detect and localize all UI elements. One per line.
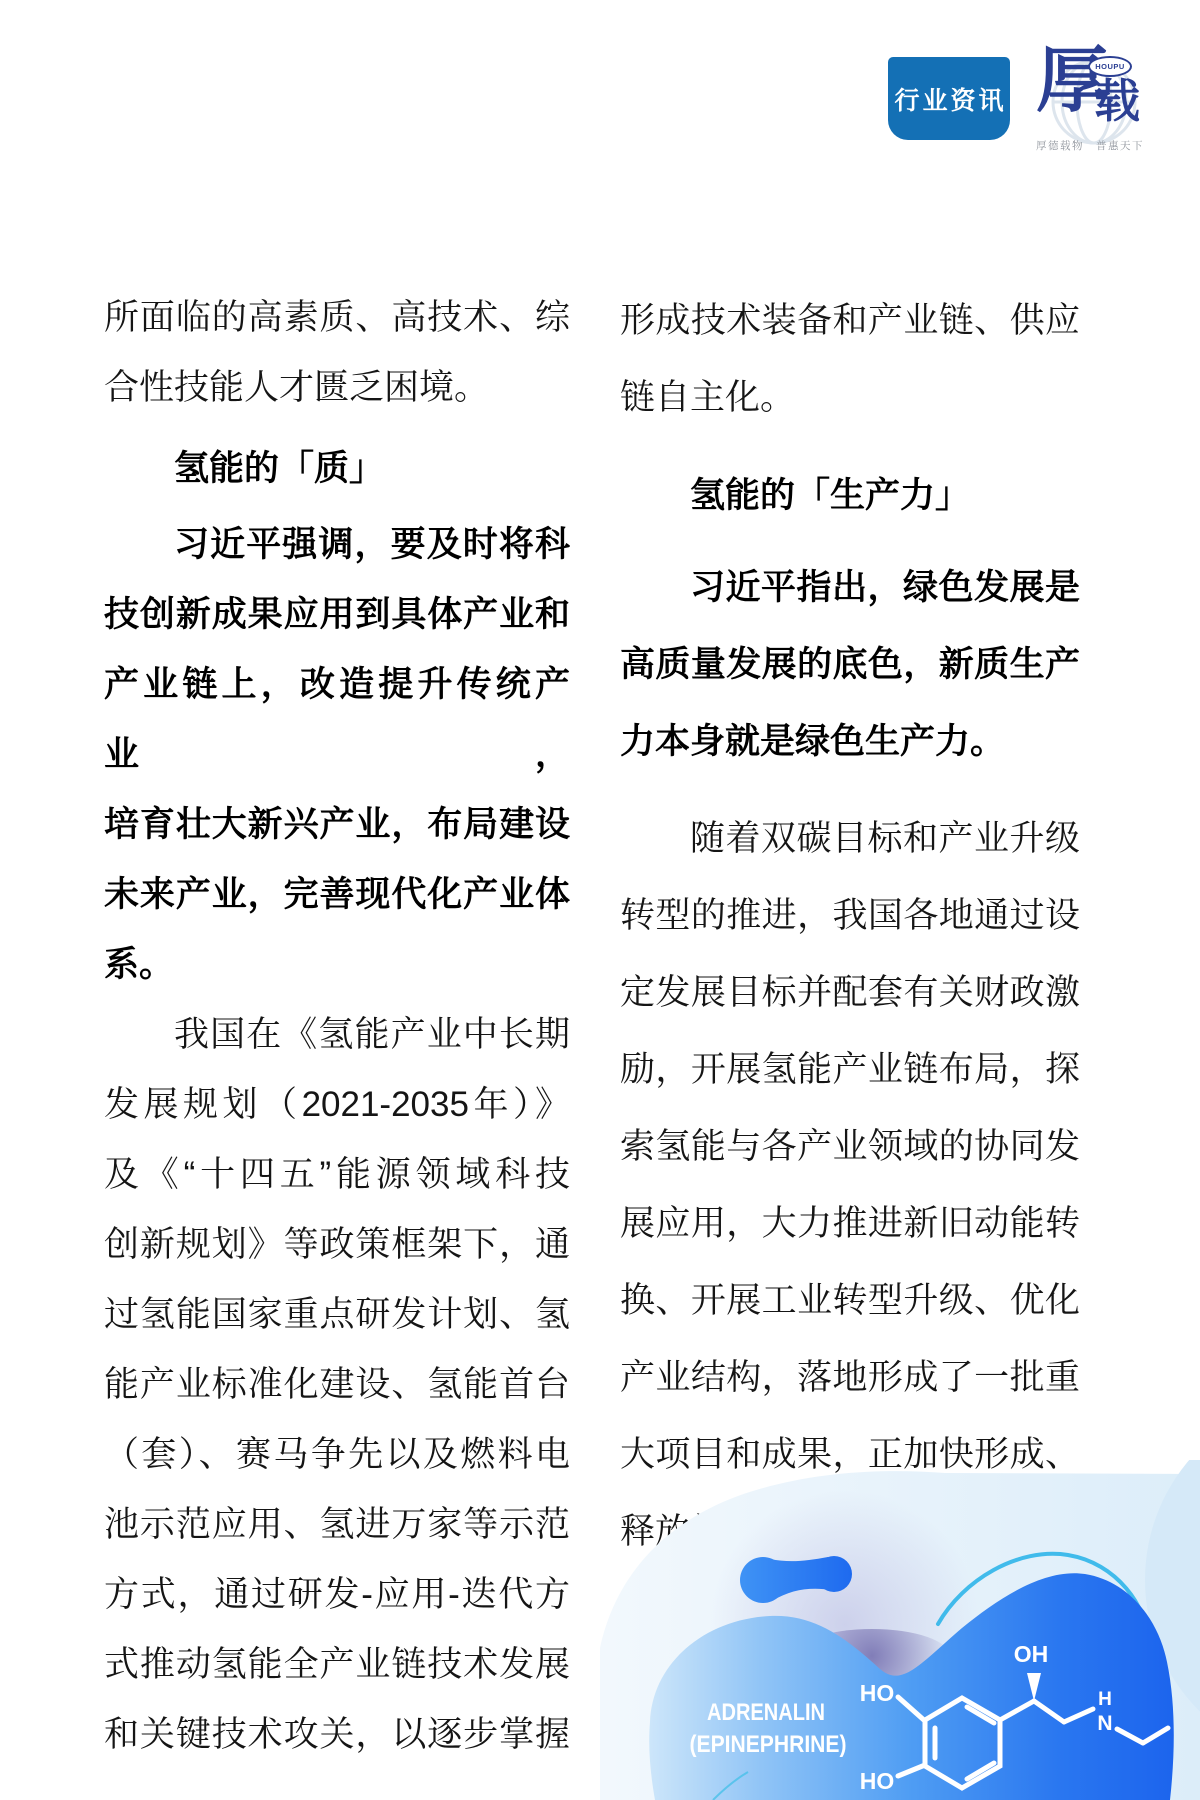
- text-line: 形成技术装备和产业链、供应: [620, 282, 1080, 359]
- text-line: 产业链上，改造提升传统产业，: [104, 650, 570, 790]
- article-page: 行业资讯 厚 载 HOUPU 厚德载物 普惠天下 所面临的高素质、高技术、综合性…: [0, 0, 1200, 1800]
- houpu-stamp: HOUPU: [1088, 56, 1132, 77]
- houpu-stamp-label: HOUPU: [1095, 62, 1125, 71]
- text-line: 过氢能国家重点研发计划、氢: [104, 1280, 570, 1350]
- text-line: 转型的推进，我国各地通过设: [620, 877, 1080, 954]
- text-line: 我国在《氢能产业中长期: [104, 1000, 570, 1070]
- h-label: H: [1098, 1689, 1112, 1710]
- text-line: 技创新成果应用到具体产业和: [104, 580, 570, 650]
- bottom-illustration: HO HO OH H N ADRENALIN (EPINEPHRINE): [0, 1460, 1200, 1800]
- text-line: 未来产业，完善现代化产业体: [104, 860, 570, 930]
- section-badge: 行业资讯: [888, 57, 1010, 140]
- text-line: 高质量发展的底色，新质生产: [620, 626, 1080, 703]
- text-line: 展应用，大力推进新旧动能转: [620, 1185, 1080, 1262]
- text-line: 系。: [104, 930, 570, 1000]
- text-line: 创新规划》等政策框架下，通: [104, 1210, 570, 1280]
- oh-label: OH: [1014, 1641, 1049, 1667]
- text-line: 换、开展工业转型升级、优化: [620, 1262, 1080, 1339]
- n-label: N: [1097, 1712, 1112, 1735]
- section-badge-label: 行业资讯: [891, 81, 1006, 117]
- text-line: 及《“十四五”能源领域科技: [104, 1140, 570, 1210]
- logo-tagline: 厚德载物 普惠天下: [1036, 138, 1144, 153]
- adrenalin-caption-line2: (EPINEPHRINE): [690, 1731, 847, 1758]
- article-column-right: 形成技术装备和产业链、供应链自主化。氢能的「生产力」习近平指出，绿色发展是高质量…: [620, 282, 1080, 1570]
- text-line: 培育壮大新兴产业，布局建设: [104, 790, 570, 860]
- company-logo: 厚 载 HOUPU 厚德载物 普惠天下: [1028, 50, 1168, 150]
- text-line: 励，开展氢能产业链布局，探: [620, 1031, 1080, 1108]
- text-line: 氢能的「生产力」: [620, 457, 1080, 534]
- text-line: 氢能的「质」: [104, 434, 570, 504]
- text-line: 索氢能与各产业领域的协同发: [620, 1108, 1080, 1185]
- text-line: 定发展目标并配套有关财政激: [620, 954, 1080, 1031]
- ho-top-label: HO: [860, 1680, 895, 1706]
- text-line: 能产业标准化建设、氢能首台: [104, 1350, 570, 1420]
- adrenalin-caption-line1: ADRENALIN: [707, 1699, 825, 1726]
- text-line: 链自主化。: [620, 359, 1080, 436]
- text-line: 习近平指出，绿色发展是: [620, 549, 1080, 626]
- text-line: 随着双碳目标和产业升级: [620, 800, 1080, 877]
- text-line: 合性技能人才匮乏困境。: [104, 353, 570, 423]
- text-line: 力本身就是绿色生产力。: [620, 703, 1080, 780]
- text-line: 产业结构，落地形成了一批重: [620, 1339, 1080, 1416]
- logo-character-second: 载: [1094, 78, 1140, 124]
- text-line: 习近平强调，要及时将科: [104, 510, 570, 580]
- ho-bottom-label: HO: [860, 1768, 895, 1794]
- text-line: 所面临的高素质、高技术、综: [104, 283, 570, 353]
- text-line: 发展规划（2021-2035年）》: [104, 1070, 570, 1140]
